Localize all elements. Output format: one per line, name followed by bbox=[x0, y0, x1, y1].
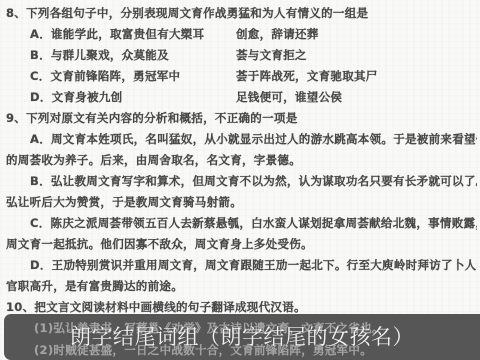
caption-banner-overlay: (1)弘让善隶书，写蔡邕《劝学》及古诗以遗文育，文育不之省也。 (2)时贼徒甚盛… bbox=[4, 314, 480, 360]
question-9-option-c-line2: 周文育一起抵抗。他们因寡不敌众，周文育身上多处受伤。 bbox=[6, 234, 477, 255]
exam-text-block: 8、下列各组句子中，分别表现周文育作战勇猛和为人有情义的一组是 A．谁能学此，取… bbox=[6, 3, 477, 318]
option-b-right: 荟与文育拒之 bbox=[236, 45, 477, 66]
option-d-right: 足钱便可，谁望公侯 bbox=[236, 87, 477, 108]
question-8-option-c: C．文育前锋陷阵，勇冠军中 荟于阵战死，文育驰取其尸 bbox=[6, 66, 477, 87]
question-8-option-b: B．与群儿聚戏，众莫能及 荟与文育拒之 bbox=[6, 45, 477, 66]
question-9-option-d-line1: D．王劢特别赏识并重用周文育，周文育跟随王劢一起北下。行至大庾岭时拜访了卜人的 bbox=[6, 255, 477, 276]
option-b-left: B．与群儿聚戏，众莫能及 bbox=[30, 45, 236, 66]
question-9-option-b-line1: B．弘让教周文育写字和算术，但周文育不以为然，认为谋取功名只要有长矛就可以了。 bbox=[6, 171, 477, 192]
option-c-right: 荟于阵战死，文育驰取其尸 bbox=[236, 66, 477, 87]
question-9-option-d-line2: 官职高升，是有富贵腾达的前途。 bbox=[6, 276, 477, 297]
option-d-left: D．文育身被九创 bbox=[30, 87, 236, 108]
question-8-stem: 8、下列各组句子中，分别表现周文育作战勇猛和为人有情义的一组是 bbox=[6, 3, 477, 24]
question-9-stem: 9、下列对原文有关内容的分析和概括，不正确的一项是 bbox=[6, 108, 477, 129]
option-a-right: 创愈，辞请还葬 bbox=[236, 24, 477, 45]
question-9-option-a-line1: A．周文育本姓项氏，名叫猛奴，从小就显示出过人的游水跳高本领。于是被前来看望他 bbox=[6, 129, 477, 150]
question-8-option-d: D．文育身被九创 足钱便可，谁望公侯 bbox=[6, 87, 477, 108]
question-9-option-c-line1: C．陈庆之派周荟带领五百人去新蔡悬瓠，白水蛮人谋划捉拿周荟献给北魏，事情败露，周… bbox=[6, 213, 477, 234]
option-c-left: C．文育前锋陷阵，勇冠军中 bbox=[30, 66, 236, 87]
exam-page-screenshot: 8、下列各组句子中，分别表现周文育作战勇猛和为人有情义的一组是 A．谁能学此，取… bbox=[0, 0, 480, 360]
question-9-option-a-line2: 的周荟收为养子。后来，由周舍取名，名文育，字景德。 bbox=[6, 150, 477, 171]
option-a-left: A．谁能学此，取富贵但有大槊耳 bbox=[30, 24, 236, 45]
question-8-option-a: A．谁能学此，取富贵但有大槊耳 创愈，辞请还葬 bbox=[6, 24, 477, 45]
banner-title: 朗字结尾词组（朗字结尾的女孩名） bbox=[4, 321, 480, 351]
question-9-option-b-line2: 弘让听后大为赞赏，于是教周文育骑马射箭。 bbox=[6, 192, 477, 213]
